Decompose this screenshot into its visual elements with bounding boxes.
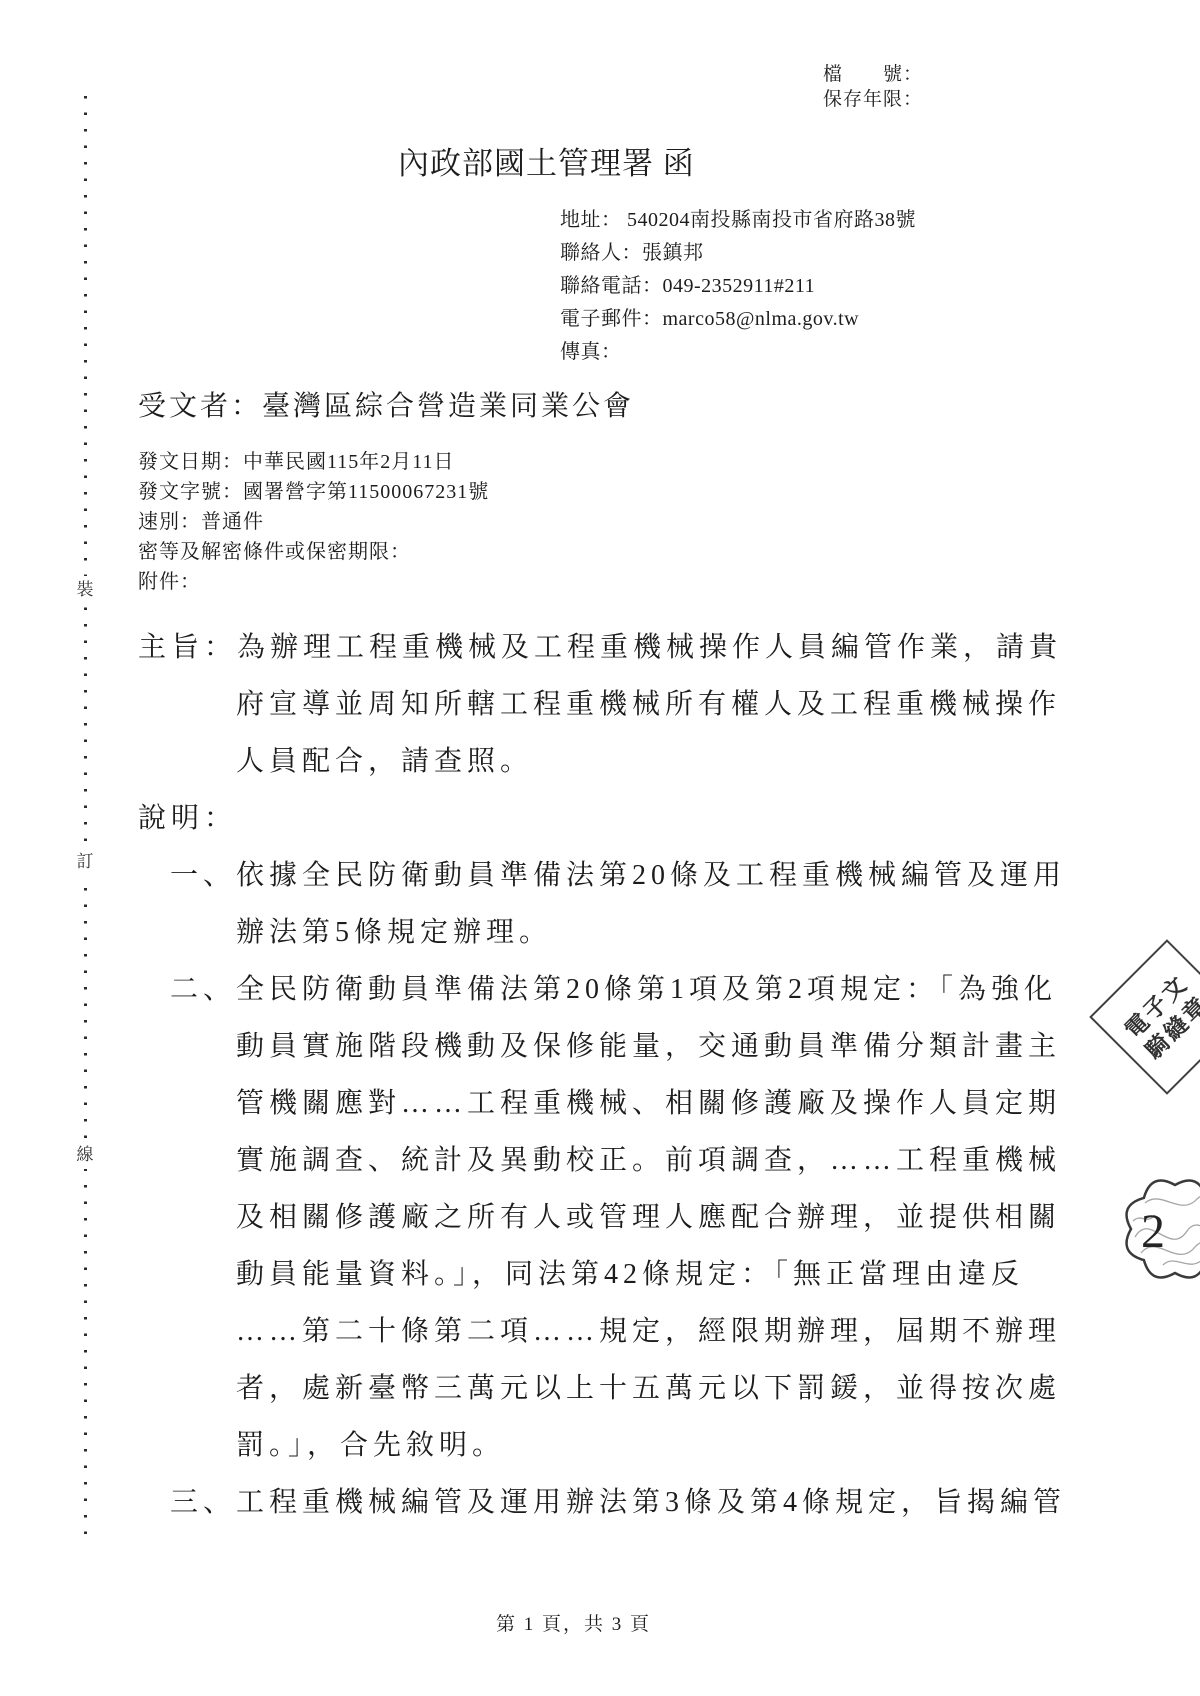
page-seal-number: 2 <box>1141 1205 1165 1258</box>
explanation-item1-line2: 辦法第5條規定辦理。 <box>236 916 552 949</box>
explanation-item2-line6: 動員能量資料。」，同法第42條規定：「無正當理由違反 <box>236 1258 1024 1291</box>
explanation-item1-line1: 一、依據全民防衛動員準備法第20條及工程重機械編管及運用 <box>170 859 1066 892</box>
doc-info-block: 發文日期：中華民國115年2月11日 發文字號：國署營字第11500067231… <box>138 447 489 597</box>
subject-line-3: 人員配合，請查照。 <box>236 745 533 778</box>
page-footer: 第 1 頁，共 3 頁 <box>496 1614 651 1636</box>
recipient-line: 受文者：臺灣區綜合營造業同業公會 <box>138 390 634 423</box>
file-number-label: 檔 號： <box>823 62 923 87</box>
page-number-seal: 2 <box>1108 1162 1200 1297</box>
security-class: 密等及解密條件或保密期限： <box>138 537 489 567</box>
explanation-item3-line1: 三、工程重機械編管及運用辦法第3條及第4條規定，旨揭編管 <box>170 1486 1066 1519</box>
sender-address: 地址： 540204南投縣南投市省府路38號 <box>560 204 916 237</box>
explanation-item2-line5: 及相關修護廠之所有人或管理人應配合辦理，並提供相關 <box>236 1201 1061 1234</box>
sender-fax: 傳真： <box>560 336 916 369</box>
seam-stamp: 電子文 騎縫章 <box>1089 939 1200 1095</box>
explanation-item2-line8: 者，處新臺幣三萬元以上十五萬元以下罰鍰，並得按次處 <box>236 1372 1061 1405</box>
retention-period-label: 保存年限： <box>823 87 923 112</box>
speed-class: 速別：普通件 <box>138 507 489 537</box>
explanation-item2-line7: ……第二十條第二項……規定，經限期辦理，屆期不辦理 <box>236 1315 1061 1348</box>
subject-line-2: 府宣導並周知所轄工程重機械所有權人及工程重機械操作 <box>236 688 1061 721</box>
binding-mark-zhuang: 裝 <box>75 576 95 604</box>
binding-mark-xian: 線 <box>75 1141 95 1169</box>
sender-contact-block: 地址： 540204南投縣南投市省府路38號 聯絡人：張鎮邦 聯絡電話：049-… <box>560 204 916 369</box>
explanation-item2-line2: 動員實施階段機動及保修能量，交通動員準備分類計畫主 <box>236 1030 1061 1063</box>
document-title: 內政部國土管理署 函 <box>398 146 695 183</box>
explanation-item2-line1: 二、全民防衛動員準備法第20條第1項及第2項規定：「為強化 <box>170 973 1057 1006</box>
sender-phone: 聯絡電話：049-2352911#211 <box>560 270 916 303</box>
binding-mark-ding: 訂 <box>75 848 95 876</box>
file-number-block: 檔 號： 保存年限： <box>823 62 923 112</box>
official-letter-page: { "header": { "file_no_label": "檔 號：", "… <box>0 0 1200 1696</box>
sender-contact-person: 聯絡人：張鎮邦 <box>560 237 916 270</box>
explanation-label: 說明： <box>138 802 237 835</box>
explanation-item2-line9: 罰。」，合先敘明。 <box>236 1429 505 1462</box>
explanation-item2-line3: 管機關應對……工程重機械、相關修護廠及操作人員定期 <box>236 1087 1061 1120</box>
issue-date: 發文日期：中華民國115年2月11日 <box>138 447 489 477</box>
attachment-label: 附件： <box>138 567 489 597</box>
doc-number: 發文字號：國署營字第11500067231號 <box>138 477 489 507</box>
explanation-item2-line4: 實施調查、統計及異動校正。前項調查，……工程重機械 <box>236 1144 1061 1177</box>
subject-line-1: 主旨：為辦理工程重機械及工程重機械操作人員編管作業，請貴 <box>138 631 1062 664</box>
sender-email: 電子郵件：marco58@nlma.gov.tw <box>560 303 916 336</box>
binding-dotted-line <box>84 96 87 1548</box>
